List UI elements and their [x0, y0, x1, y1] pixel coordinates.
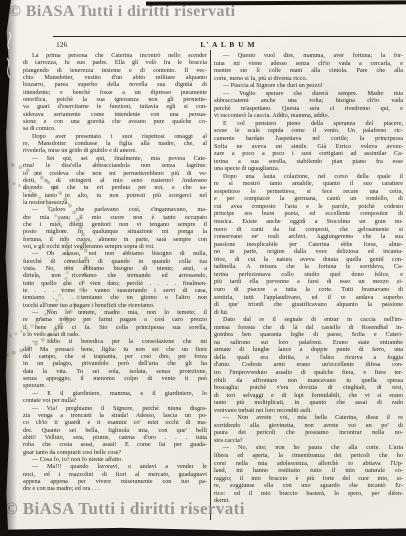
text-line: di que' trionfi che giustificavano alqua…: [214, 301, 403, 309]
text-line: — Coloro che parlavano così, s'ingannava…: [23, 206, 207, 213]
text-line: vi racconterò la caccia. Addio, mamma, a…: [214, 112, 403, 120]
text-line: rina! le diss'ella abbracciandola non se…: [23, 162, 207, 169]
text-line: trice, di cui la natura aveva dotata que…: [214, 256, 403, 264]
text-line: corsi nella mia adolescenza, allorchè io…: [214, 460, 403, 468]
text-line: ribili da affrontare non mancavano in qu…: [214, 377, 403, 385]
right-column: — Questo vuol dire, mamma, aver fortuna;…: [214, 52, 403, 505]
text-line: io mi credeva che non mi permetterebbero…: [23, 170, 207, 177]
text-line: — Iddio ti benedica per la consolazione …: [23, 338, 207, 345]
scan-edge-bottom: [0, 527, 406, 536]
text-line: — Cosa fo, io? non fo niente affatto.: [23, 456, 207, 463]
text-line: sione e con una gravità che aveano pure …: [23, 118, 207, 125]
text-line: scese le scale rapida come il vento. Un …: [214, 127, 403, 135]
text-line: sentirla, tutti l'applaudivano, ed il re…: [214, 294, 403, 302]
text-line: data la vita. Tu sei sola, isolata, senz…: [23, 368, 207, 375]
text-line: — Oh adesso, noi non abbiamo bisogno di …: [23, 250, 207, 257]
text-line: rico: ed il mio braccio basterà, lo sper…: [214, 490, 403, 498]
text-line: onorifica, poichè la sua ignoranza non g…: [23, 96, 207, 103]
text-line: tadinella. A misura che la fortuna le so…: [214, 263, 403, 271]
text-line: temiamo . . . temiamo che un giorno o l'…: [23, 294, 207, 301]
text-line: na salirono sui loro palafreni. Erano st…: [214, 339, 403, 347]
watermark-bottom: © BiASA Tutti i diritti riservati: [5, 499, 245, 519]
text-line: co ch'io ti guardi e ti esamini co' miei…: [23, 419, 207, 426]
text-line: Dopo una lauta colazione, nel corso dell…: [214, 173, 403, 181]
text-line: zare a poco a poco i suoi cortigiani ad …: [214, 150, 403, 158]
text-line: venivano turbati nei loro reconditi asil…: [214, 407, 403, 415]
text-line: no in parte, origine dalla voce delizios…: [214, 248, 403, 256]
text-line: in un palagio, privandolo però dell'aria…: [23, 360, 207, 367]
column-divider: [210, 50, 211, 520]
text-line: libera ed aperta, la rimembranza dei per…: [214, 452, 403, 460]
text-line: re, soggiunse ella con uno sguardo che i…: [214, 482, 403, 490]
text-line: — Ma!!! quando lavoravi, o andavi a vend…: [23, 463, 207, 470]
text-line: rivederla, mise un grido di giubilo e di…: [23, 147, 207, 154]
text-line: va guari d'esercitarne le funzioni, tutt…: [23, 103, 207, 110]
text-line: delle quali era diritta, e l'altra ricur…: [214, 354, 403, 362]
text-line: tutto quello che ci vien dato; perchè . …: [23, 280, 207, 287]
text-line: mero di canti da lui composti, che gelos…: [214, 226, 403, 234]
text-line: — Piaccia al Signore che duri un pezzo!: [214, 82, 403, 90]
text-line: spezzare.: [23, 382, 207, 389]
scanned-page: 126 L' A L B U M La prima persona che Ca…: [0, 0, 406, 536]
text-line: raggio; il mio braccio è più forte del c…: [214, 475, 403, 483]
text-line: voi, e gli occhi miei veglieranno sempre…: [23, 243, 207, 250]
handwriting-marks: [1, 28, 17, 84]
text-line: una specie di uguaglianza.: [214, 165, 403, 173]
text-line: tocchi all'onor tuo a pagare i benefizii…: [23, 302, 207, 309]
text-line: armate di lunghe lance a doppie punte di…: [214, 346, 403, 354]
text-line: re si mostrò tanto amabile, quanto il su…: [214, 180, 403, 188]
text-line: fortuna, il mio cuore, almeno in parte, …: [23, 236, 207, 243]
text-line: di carrozza, fu suo padre. Ella gli volò…: [23, 59, 207, 66]
text-line: terina a sua sorella, stabilendo pian pi…: [214, 158, 403, 166]
text-line: fuorchè di consolarci di quando in quand…: [23, 258, 207, 265]
text-line: corte, meno si fa, più si diventa ricco.: [214, 75, 403, 83]
text-line: vista. No, non abbiamo bisogno di niente…: [23, 265, 207, 272]
text-line: tanto più moltiplicati, in quanto che as…: [214, 399, 403, 407]
text-line: roba che costa assai, assai! E come fai …: [23, 441, 207, 448]
text-line: e lo vedo assai di rado.: [23, 331, 207, 338]
text-line: musica. Esiste anche oggidì a Stocolma u…: [214, 218, 403, 226]
text-line: dicendo qui che tu eri perduta per noi, …: [23, 184, 207, 191]
text-line: del campo, che si trapianta, per così di…: [23, 353, 207, 360]
text-line: che i miei diletti genitori non vi tenga…: [23, 221, 207, 228]
text-line: senza appoggio; il menomo colpo di vento…: [23, 375, 207, 382]
text-line: — Non lo temete, madre mia, non lo temet…: [23, 309, 207, 316]
scan-edge-top: [146, 0, 406, 5]
text-line: intendente; e benchè fosse a un dipresso…: [23, 89, 207, 96]
text-line: La prima persona che Caterina incontrò n…: [23, 52, 207, 59]
text-line: land, mi hanno restituito tutto il mio n…: [214, 467, 403, 475]
text-line: appena appena per vivere miseramente con…: [23, 478, 207, 485]
text-line: posto migliore. In qualunque situazione …: [23, 228, 207, 235]
text-line: Sofia ne aveva un simile. Già Errico vol…: [214, 143, 403, 151]
text-line: dai! Ma pensaci bene, figlia: tu non sei…: [23, 346, 207, 353]
text-line: re m'ama troppo per farmi pagare a così …: [23, 316, 207, 323]
text-line: E col pensiero pieno della speranza del …: [214, 120, 403, 128]
text-line: gnar tanto da comprarti così belle cose?: [23, 449, 207, 456]
text-line: tro l'improvveduto assalto di qualche fi…: [214, 369, 403, 377]
text-line: il bene che ci fa. Sto colla principessa…: [23, 324, 207, 331]
text-line: abiti! Velluto, seta, piume, catena d'or…: [23, 434, 207, 441]
text-line: — Sei qui, sei qui, finalmente, mia pove…: [23, 155, 207, 162]
text-line: chio Mansdotter, vestito d'un abito mili…: [23, 74, 207, 81]
text-line: conservano ne' reali archivi. Aggiungere…: [214, 233, 403, 241]
text-line: contate voi per nulla?: [23, 397, 207, 404]
text-line: terina perfezionava collo studio quel do…: [214, 271, 403, 279]
text-line: mensa foresta che di là dal castello di …: [214, 324, 403, 332]
text-line: sospettoso lo permetteva, si fece recare…: [214, 188, 403, 196]
text-line: dre. Quanto sei bella, figliuola mia, co…: [23, 427, 207, 434]
text-line: noci, ed i mazzolini di fiori al mercato…: [23, 471, 207, 478]
text-line: sorridendo alla giovinetta, non avrete v…: [214, 422, 403, 430]
text-line: dre mia cara; il mio cuore non è tanto o…: [23, 214, 207, 221]
text-line: — Questo vuol dire, mamma, aver fortuna;…: [214, 52, 403, 60]
text-line: — Non avrete voi, mia bella Caterina, di…: [214, 414, 403, 422]
text-line: perchè m'aspettano. Questa sera ci rived…: [214, 105, 403, 113]
text-line: re, Mansdotter condusse la figlia alla m…: [23, 140, 207, 147]
text-line: la nostra bassezza.: [23, 199, 207, 206]
text-line: dre e con tua madre; ed ora . . .: [23, 485, 207, 492]
header-rule: [53, 36, 406, 37]
text-line: cui avea composto l'aria e le parole, po…: [214, 203, 403, 211]
text-line: d'amo. Codeste armi erano un'eccellente …: [214, 361, 403, 369]
text-line: sa di comico.: [23, 125, 207, 132]
journal-title: L' A L B U M: [53, 40, 403, 49]
text-line: zia venga a troncarti la strada! Adesso,…: [23, 412, 207, 419]
text-line: — Via! preghiamo il Signore, perchè niun…: [23, 405, 207, 412]
text-line: te . . . come lo vanno sussurrando i ser…: [23, 287, 207, 294]
text-line: e per compiacer la germana, cantò un ron…: [214, 195, 403, 203]
text-line: mentre sto lì colle mani alla cintola. P…: [214, 67, 403, 75]
text-line: passione inesplicabile per Caterina ebbe…: [214, 241, 403, 249]
text-line: — No, sire; non ho paura che alla corte.…: [214, 444, 403, 452]
text-line: — Voglio sperare che durerà sempre. Madr…: [214, 90, 403, 98]
text-line: Dopo aver presentato i suoi rispettosi o…: [23, 133, 207, 140]
text-line: paura dei pericoli che possiamo incontra…: [214, 429, 403, 437]
text-line: curo di piacere a tutta la corte. Tutti …: [214, 286, 403, 294]
text-line: Dato dal re il segnale di entrar in cacc…: [214, 316, 403, 324]
text-line: stra caccia?: [214, 437, 403, 445]
text-line: di lui.: [214, 309, 403, 317]
text-line: più tardi ella pervenne a farsi di esso …: [214, 278, 403, 286]
text-line: principe era buon poeta, ed eccellente c…: [214, 210, 403, 218]
text-line: camente bardato l'aspettava nel cortile;…: [214, 135, 403, 143]
text-line: piangendo di tenerezza insieme e di cont…: [23, 67, 207, 74]
text-line: bizzarro, parea superbo della novella su…: [23, 81, 207, 88]
text-line: tuna mi viene adesso senza ch'io vada a …: [214, 60, 403, 68]
text-line: gombra ben quaranta leghe di paese, Sofi…: [214, 331, 403, 339]
text-line: di tori selvaggi e di lupi formidabili, …: [214, 392, 403, 400]
watermark-top: © BiASA Tutti i diritti riservati: [9, 3, 236, 21]
text-line: siderava seriamente come intendente con …: [23, 111, 207, 118]
text-line: dirtela, non riceviamo che tremando ed a…: [23, 272, 207, 279]
text-line: derti, o di stringerti al mio seno mater…: [23, 177, 207, 184]
text-line: boscaglia; poichè v'era dovizia di cingh…: [214, 384, 403, 392]
text-line: lendo tanto in alto, tu non potresti più…: [23, 192, 207, 199]
left-column: La prima persona che Caterina incontrò n…: [23, 52, 207, 493]
text-line: abbracciatemi anche una volta; bisogna c…: [214, 97, 403, 105]
text-line: — E il giardiniere, mamma, e il giardini…: [23, 390, 207, 397]
